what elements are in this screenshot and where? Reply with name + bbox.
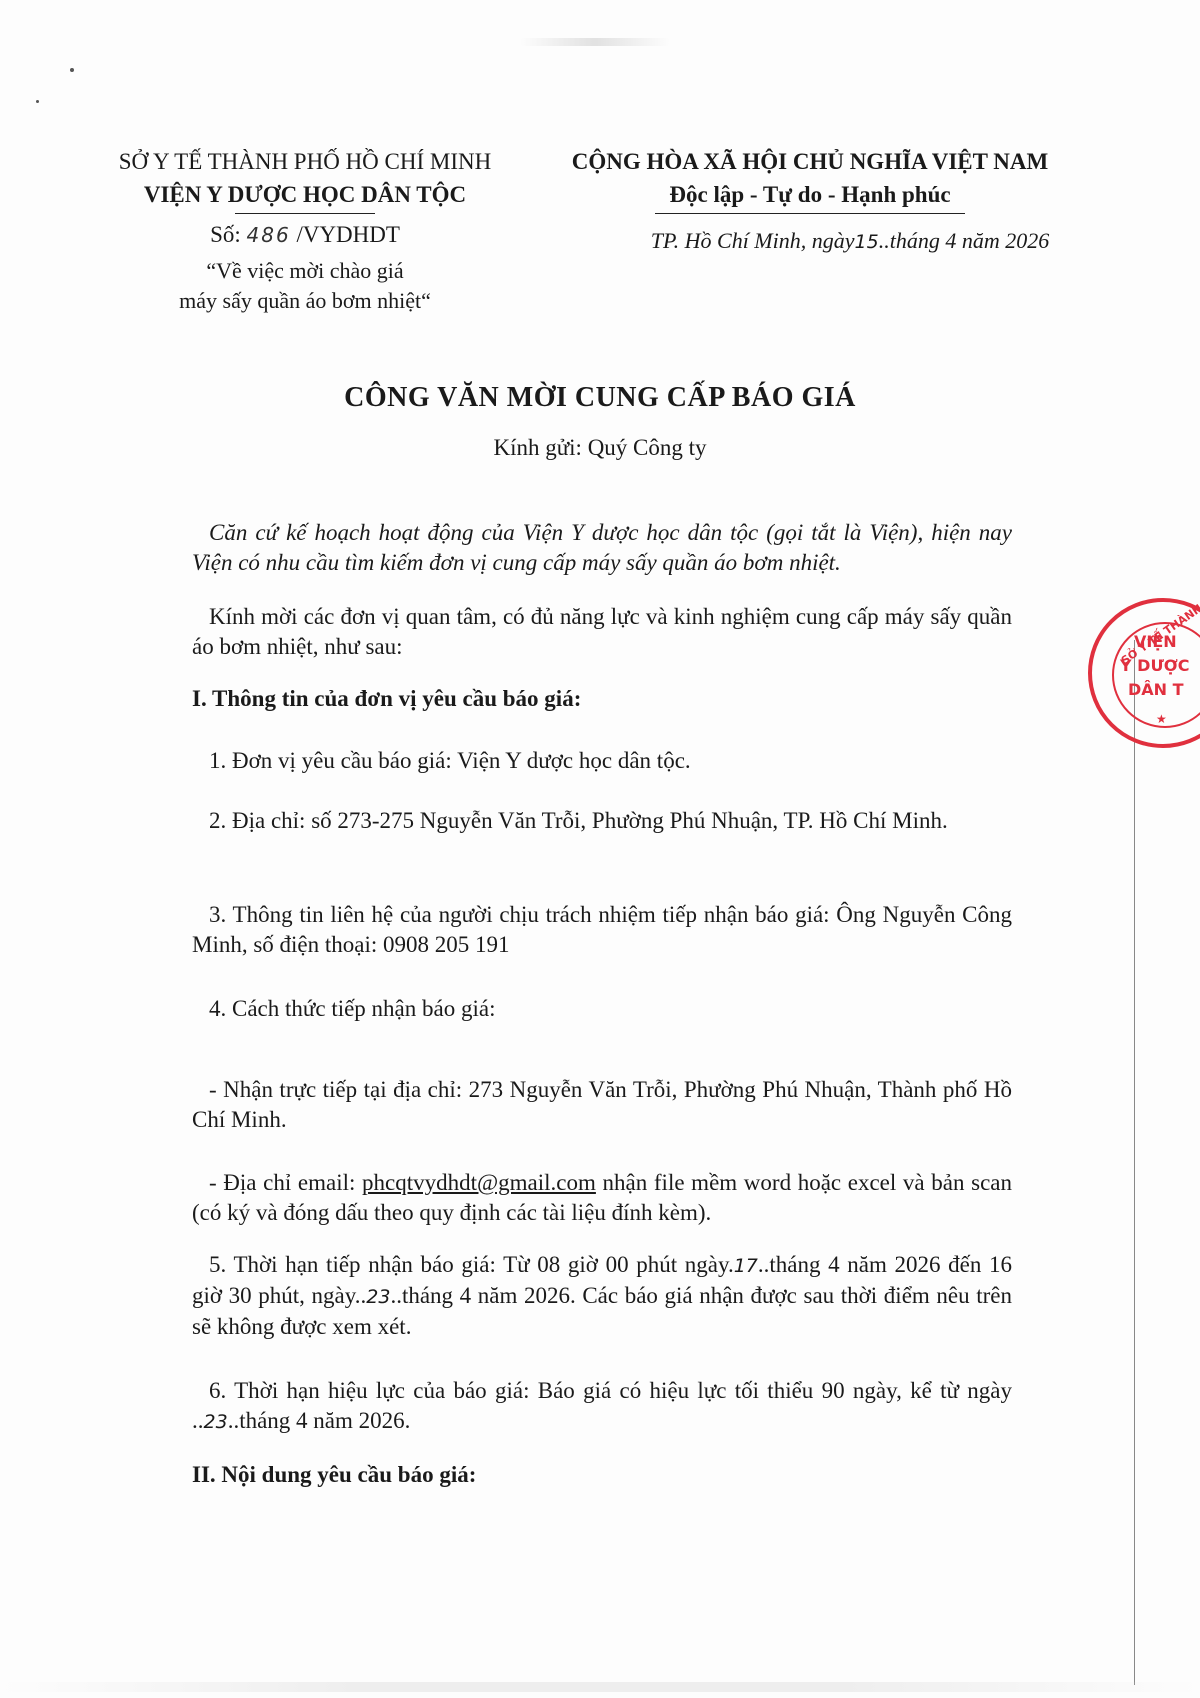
date-suffix: ..tháng 4 năm 2026: [879, 228, 1050, 253]
stamp-line: DÂN T: [1128, 680, 1184, 699]
email-link[interactable]: phcqtvydhdt@gmail.com: [362, 1170, 596, 1195]
scan-artifact: [0, 1682, 1200, 1692]
stamp-line: VIỆN: [1134, 632, 1177, 651]
number-suffix: /VYDHDT: [296, 222, 400, 247]
item-3: 3. Thông tin liên hệ của người chịu trác…: [192, 900, 1012, 960]
item-2: 2. Địa chỉ: số 273-275 Nguyễn Văn Trỗi, …: [192, 806, 1012, 836]
item-4: 4. Cách thức tiếp nhận báo giá:: [192, 994, 1012, 1024]
national-motto: Độc lập - Tự do - Hạnh phúc: [540, 178, 1080, 211]
official-seal-stamp: SỞ Y TẾ THÀNH PH VIỆN Y DƯỢC DÂN T ★: [1088, 598, 1200, 748]
institute-name: VIỆN Y DƯỢC HỌC DÂN TỘC: [80, 178, 530, 211]
number-label: Số:: [210, 222, 241, 247]
divider: [235, 213, 375, 214]
invitation-paragraph: Kính mời các đơn vị quan tâm, có đủ năng…: [192, 602, 1012, 662]
intro-paragraph: Căn cứ kế hoạch hoạt động của Viện Y dượ…: [192, 518, 1012, 578]
handwritten-day: 23: [204, 1411, 228, 1433]
item-6-text: ..tháng 4 năm 2026.: [228, 1408, 411, 1433]
stamp-line: Y DƯỢC: [1120, 656, 1190, 675]
item-6: 6. Thời hạn hiệu lực của báo giá: Báo gi…: [192, 1376, 1012, 1437]
item-4-email: - Địa chỉ email: phcqtvydhdt@gmail.com n…: [192, 1168, 1012, 1228]
greeting: Kính gửi: Quý Công ty: [0, 435, 1200, 461]
scan-edge-line: [1134, 640, 1135, 1685]
issuer-block: SỞ Y TẾ THÀNH PHỐ HỒ CHÍ MINH VIỆN Y DƯỢ…: [80, 145, 530, 252]
item-5: 5. Thời hạn tiếp nhận báo giá: Từ 08 giờ…: [192, 1250, 1012, 1342]
document-title: CÔNG VĂN MỜI CUNG CẤP BÁO GIÁ: [0, 382, 1200, 414]
department-name: SỞ Y TẾ THÀNH PHỐ HỒ CHÍ MINH: [80, 145, 530, 178]
national-header: CỘNG HÒA XÃ HỘI CHỦ NGHĨA VIỆT NAM Độc l…: [540, 145, 1080, 218]
item-5-text: 5. Thời hạn tiếp nhận báo giá: Từ 08 giờ…: [209, 1252, 734, 1277]
handwritten-day: 23: [366, 1286, 390, 1308]
handwritten-day: 17: [734, 1255, 758, 1277]
document-page: SỞ Y TẾ THÀNH PHỐ HỒ CHÍ MINH VIỆN Y DƯỢ…: [0, 0, 1200, 1698]
scan-speck: [70, 68, 74, 72]
section-2-heading: II. Nội dung yêu cầu báo giá:: [192, 1462, 476, 1488]
subject-line: máy sấy quần áo bơm nhiệt“: [80, 286, 530, 316]
scan-artifact: [520, 38, 670, 46]
scan-speck: [36, 100, 39, 103]
subject-line: “Về việc mời chào giá: [80, 256, 530, 286]
email-prefix: - Địa chỉ email:: [209, 1170, 362, 1195]
country-name: CỘNG HÒA XÃ HỘI CHỦ NGHĨA VIỆT NAM: [540, 145, 1080, 178]
item-4-direct: - Nhận trực tiếp tại địa chỉ: 273 Nguyễn…: [192, 1075, 1012, 1135]
document-number: Số: 486 /VYDHDT: [80, 218, 530, 252]
date-day-handwritten: 15: [855, 231, 879, 253]
divider: [655, 213, 965, 214]
star-icon: ★: [1156, 712, 1167, 726]
section-1-heading: I. Thông tin của đơn vị yêu cầu báo giá:: [192, 686, 581, 712]
subject-block: “Về việc mời chào giá máy sấy quần áo bơ…: [80, 256, 530, 316]
document-date: TP. Hồ Chí Minh, ngày15..tháng 4 năm 202…: [600, 228, 1100, 254]
number-handwritten: 486: [247, 223, 291, 247]
date-prefix: TP. Hồ Chí Minh, ngày: [651, 228, 855, 253]
item-1: 1. Đơn vị yêu cầu báo giá: Viện Y dược h…: [192, 746, 1012, 776]
